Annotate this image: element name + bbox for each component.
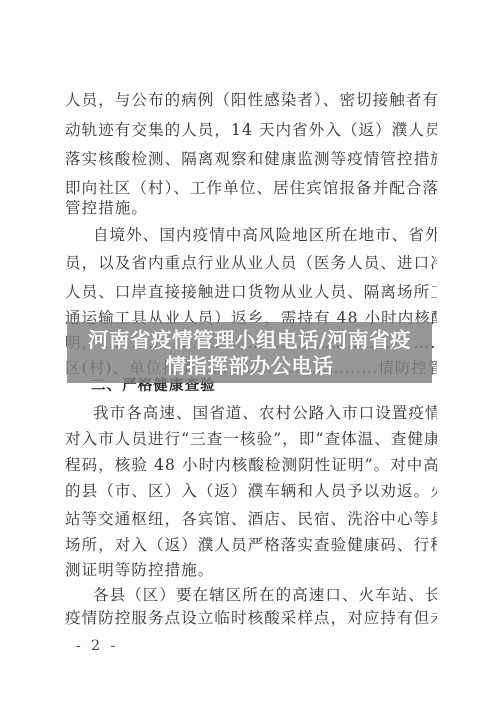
body-line: 疫情防控服务点设立临时核酸采样点，对应持有但未持有核酸检 xyxy=(65,608,437,628)
body-line: 站等交通枢纽，各宾馆、酒店、民宿、洗浴中心等具有留宿功能 xyxy=(65,509,437,529)
overlay-title-line-1: 河南省疫情管理小组电话/河南省疫 xyxy=(88,327,411,353)
overlay-title-line-2: 情指挥部办公电话 xyxy=(166,353,334,379)
paragraph-first-line: 我市各高速、国省道、农村公路入市口设置疫情防控服务点， xyxy=(93,403,437,423)
body-line: 对入市人员进行“三查一核验”，即“查体温、查健康码、查行 xyxy=(65,429,437,449)
body-line: 人员，与公布的病例（阳性感染者）、密切接触者有接触史或行 xyxy=(65,90,437,110)
paragraph-first-line: 各县（区）要在辖区所在的高速口、火车站、长途客运站等 xyxy=(93,585,437,605)
page-number: - 2 - xyxy=(76,638,118,654)
paragraph-first-line: 自境外、国内疫情中高风险地区所在地市、省外入(返)濮人 xyxy=(93,225,437,245)
title-overlay-banner: 河南省疫情管理小组电话/河南省疫 情指挥部办公电话 xyxy=(67,322,432,383)
body-line: 管控措施。 xyxy=(65,198,437,218)
body-line: 动轨迹有交集的人员，14 天内省外入（返）濮人员，尚未报备、 xyxy=(65,120,437,140)
body-line: 员，以及省内重点行业从业人员（医务人员、进口冷链食品从业 xyxy=(65,253,437,273)
body-line: 场所，对入（返）濮人员严格落实查验健康码、行程码、核酸检 xyxy=(65,535,437,555)
body-line: 即向社区（村）、工作单位、居住宾馆报备并配合落实疫情防控 xyxy=(65,178,437,198)
body-line: 人员、口岸直接接触进口货物从业人员、隔离场所工作人员、交 xyxy=(65,282,437,302)
body-line: 测证明等防控措施。 xyxy=(65,560,437,580)
body-line: 的县（市、区）入（返）濮车辆和人员予以劝返。火车站、汽车 xyxy=(65,481,437,501)
body-line: 落实核酸检测、隔离观察和健康监测等疫情管控措施的，均须立 xyxy=(65,149,437,169)
body-line: 程码，核验 48 小时内核酸检测阴性证明”。对中高风险地区所在 xyxy=(65,455,437,475)
